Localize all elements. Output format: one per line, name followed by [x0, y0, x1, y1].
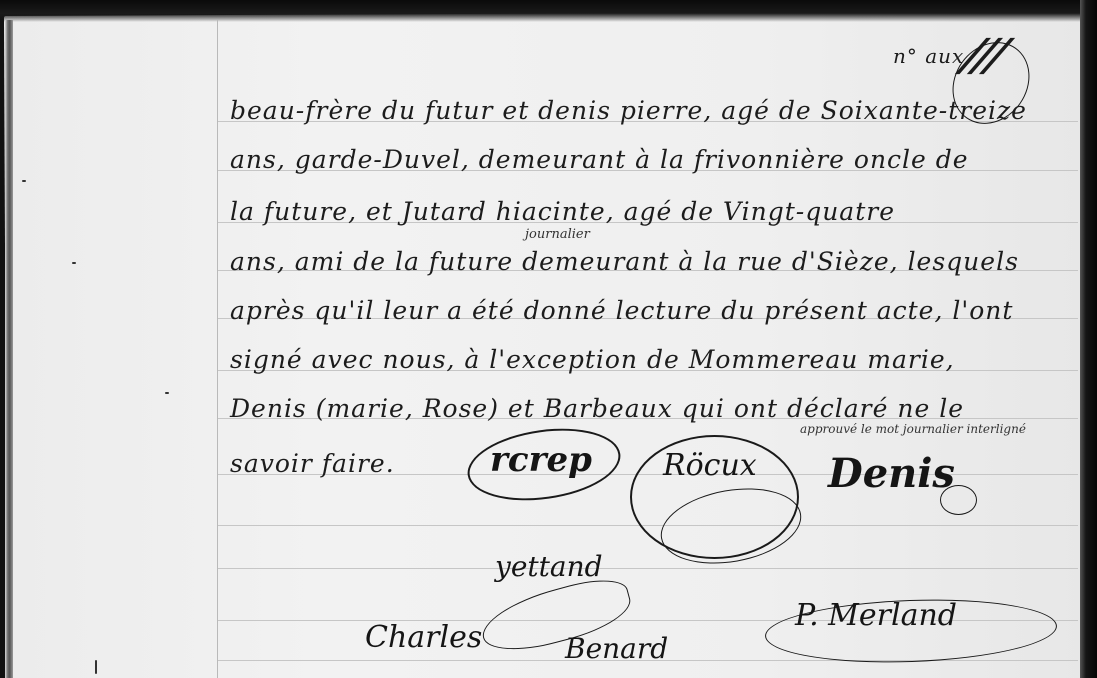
body-line-3: la future, et Jutard hiacinte, agé de Vi… — [230, 197, 895, 226]
body-line-2: ans, garde-Duvel, demeurant à la frivonn… — [230, 145, 969, 174]
paper-speck — [165, 392, 169, 394]
signature-flourish — [940, 485, 977, 515]
paper-speck — [72, 262, 76, 264]
interlinear-insertion: journalier — [525, 227, 590, 242]
scanned-register-page: n° aux /// beau-frère du futur et denis … — [0, 0, 1097, 678]
body-line-6: signé avec nous, à l'exception de Mommer… — [230, 345, 955, 374]
paper-speck — [22, 180, 26, 182]
ruled-line — [218, 568, 1078, 569]
marginal-approval-note: approuvé le mot journalier interligné — [800, 422, 1026, 436]
body-line-7: Denis (marie, Rose) et Barbeaux qui ont … — [230, 394, 964, 423]
signature-rcrep: rcrep — [490, 440, 592, 480]
scan-top-shadow — [0, 0, 1097, 22]
book-binding-edge — [5, 20, 13, 678]
body-line-8: savoir faire. — [230, 449, 395, 478]
left-margin-rule — [217, 20, 218, 678]
signature-p-merland: P. Merland — [795, 598, 957, 633]
signature-benard: Benard — [565, 632, 668, 665]
signature-yettand: yettand — [495, 550, 603, 583]
body-line-1: beau-frère du futur et denis pierre, agé… — [230, 96, 1027, 125]
signature-charles: Charles — [365, 620, 482, 655]
scan-right-edge — [1080, 0, 1097, 678]
body-line-5: après qu'il leur a été donné lecture du … — [230, 296, 1013, 325]
body-line-4: ans, ami de la future demeurant à la rue… — [230, 247, 1019, 276]
signature-denis: Denis — [828, 450, 955, 497]
signature-roeux: Röcux — [663, 448, 757, 483]
paper-speck — [95, 660, 97, 674]
page-number-label: n° aux — [893, 44, 964, 68]
